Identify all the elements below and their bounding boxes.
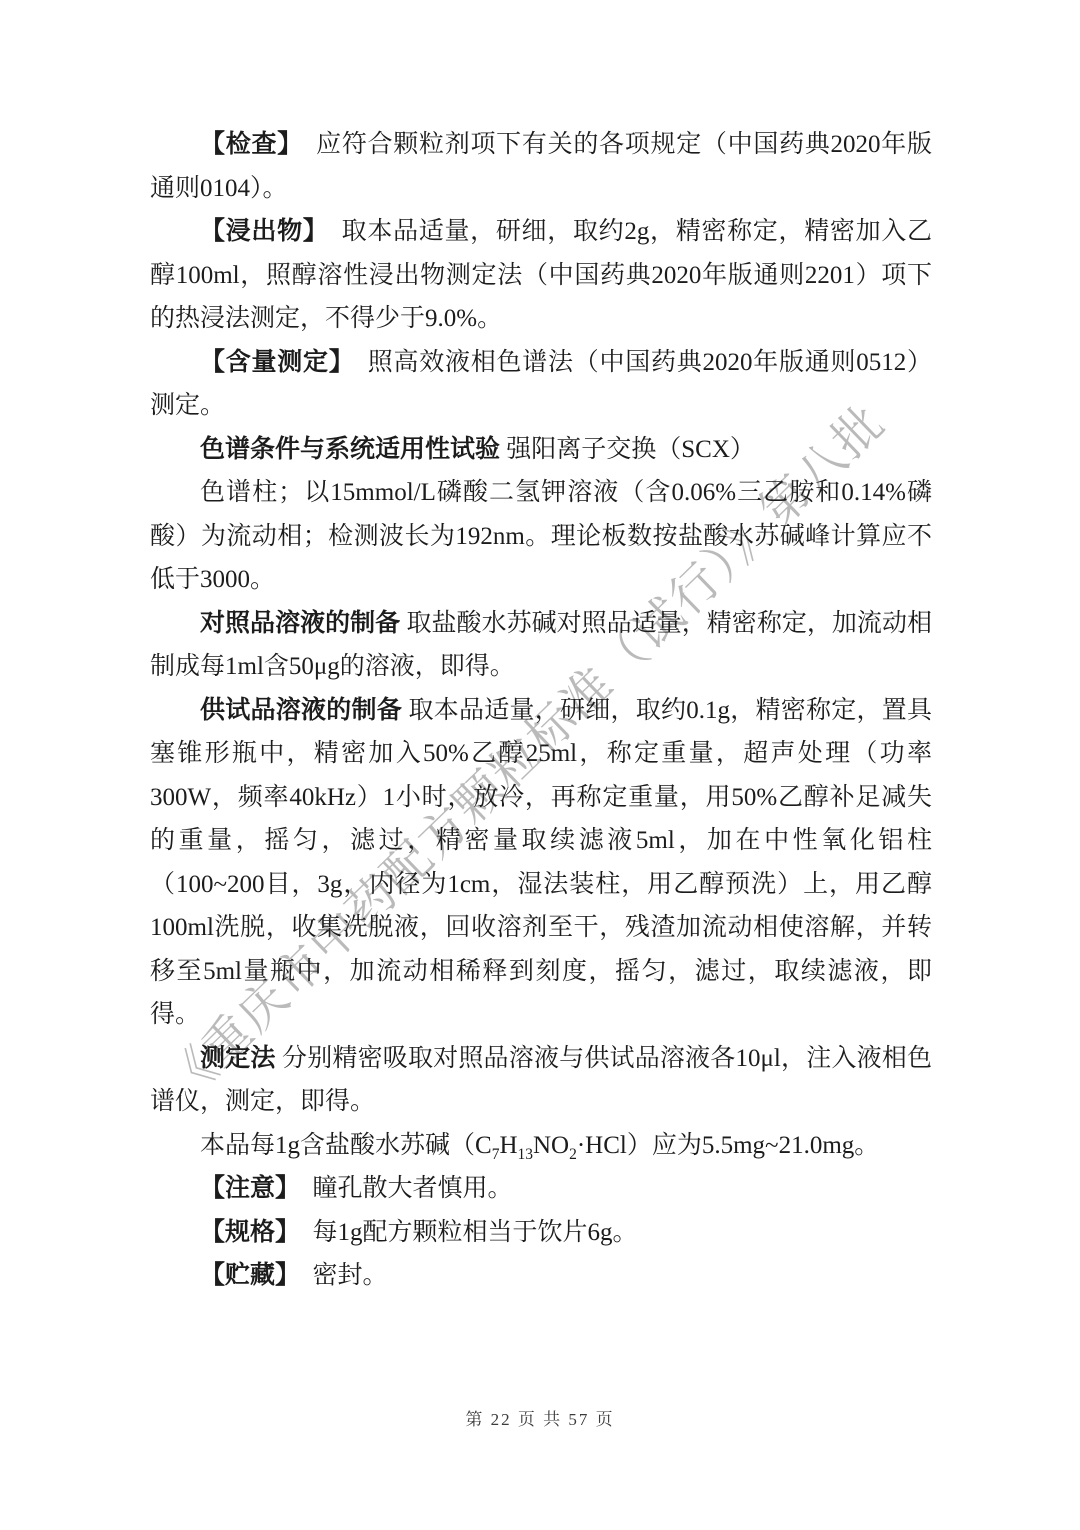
- document-body: 【检查】 应符合颗粒剂项下有关的各项规定（中国药典2020年版通则0104）。【…: [150, 123, 932, 1298]
- body-text: H: [499, 1132, 517, 1159]
- paragraph: 供试品溶液的制备 取本品适量，研细，取约0.1g，精密称定，置具塞锥形瓶中，精密…: [150, 689, 932, 1037]
- section-label: 【注意】: [200, 1174, 288, 1202]
- paragraph: 测定法 分别精密吸取对照品溶液与供试品溶液各10μl，注入液相色谱仪，测定，即得…: [150, 1037, 932, 1124]
- paragraph: 【检查】 应符合颗粒剂项下有关的各项规定（中国药典2020年版通则0104）。: [150, 123, 932, 210]
- section-label: 测定法: [200, 1044, 276, 1072]
- paragraph: 【注意】 瞳孔散大者慎用。: [150, 1167, 932, 1211]
- paragraph: 本品每1g含盐酸水苏碱（C7H13NO2·HCl）应为5.5mg~21.0mg。: [150, 1124, 932, 1168]
- formula-subscript: 2: [569, 1146, 577, 1163]
- formula-subscript: 13: [518, 1146, 534, 1163]
- paragraph: 对照品溶液的制备 取盐酸水苏碱对照品适量，精密称定，加流动相制成每1ml含50μ…: [150, 602, 932, 689]
- page-number: 第 22 页 共 57 页: [465, 1410, 614, 1429]
- section-label: 【含量测定】: [200, 348, 342, 376]
- paragraph: 【贮藏】 密封。: [150, 1254, 932, 1298]
- body-text: ·HCl）应为5.5mg~21.0mg。: [577, 1132, 879, 1159]
- body-text: 每1g配方颗粒相当于饮片6g。: [288, 1219, 638, 1246]
- body-text: 本品每1g含盐酸水苏碱（C: [200, 1132, 492, 1159]
- body-text: 色谱柱；以15mmol/L磷酸二氢钾溶液（含0.06%三乙胺和0.14%磷酸）为…: [150, 479, 932, 593]
- section-label: 【浸出物】: [200, 217, 316, 245]
- paragraph: 【浸出物】 取本品适量，研细，取约2g，精密称定，精密加入乙醇100ml，照醇溶…: [150, 210, 932, 341]
- body-text: 密封。: [288, 1262, 388, 1289]
- body-text: 取本品适量，研细，取约0.1g，精密称定，置具塞锥形瓶中，精密加入50%乙醇25…: [150, 697, 932, 1029]
- document-page: 《重庆市中药配方颗粒标准（试行）》第八批 【检查】 应符合颗粒剂项下有关的各项规…: [0, 0, 1080, 1530]
- paragraph: 【规格】 每1g配方颗粒相当于饮片6g。: [150, 1211, 932, 1255]
- section-label: 【规格】: [200, 1218, 288, 1246]
- body-text: 强阳离子交换（SCX）: [500, 436, 755, 463]
- paragraph: 【含量测定】 照高效液相色谱法（中国药典2020年版通则0512）测定。: [150, 341, 932, 428]
- paragraph: 色谱条件与系统适用性试验 强阳离子交换（SCX）: [150, 428, 932, 472]
- section-label: 色谱条件与系统适用性试验: [200, 435, 500, 463]
- section-label: 【贮藏】: [200, 1261, 288, 1289]
- paragraph: 色谱柱；以15mmol/L磷酸二氢钾溶液（含0.06%三乙胺和0.14%磷酸）为…: [150, 471, 932, 602]
- body-text: 瞳孔散大者慎用。: [288, 1175, 513, 1202]
- section-label: 供试品溶液的制备: [200, 696, 402, 724]
- page-footer: 第 22 页 共 57 页: [0, 1405, 1080, 1430]
- section-label: 对照品溶液的制备: [200, 609, 400, 637]
- section-label: 【检查】: [200, 130, 290, 158]
- body-text: NO: [533, 1132, 569, 1159]
